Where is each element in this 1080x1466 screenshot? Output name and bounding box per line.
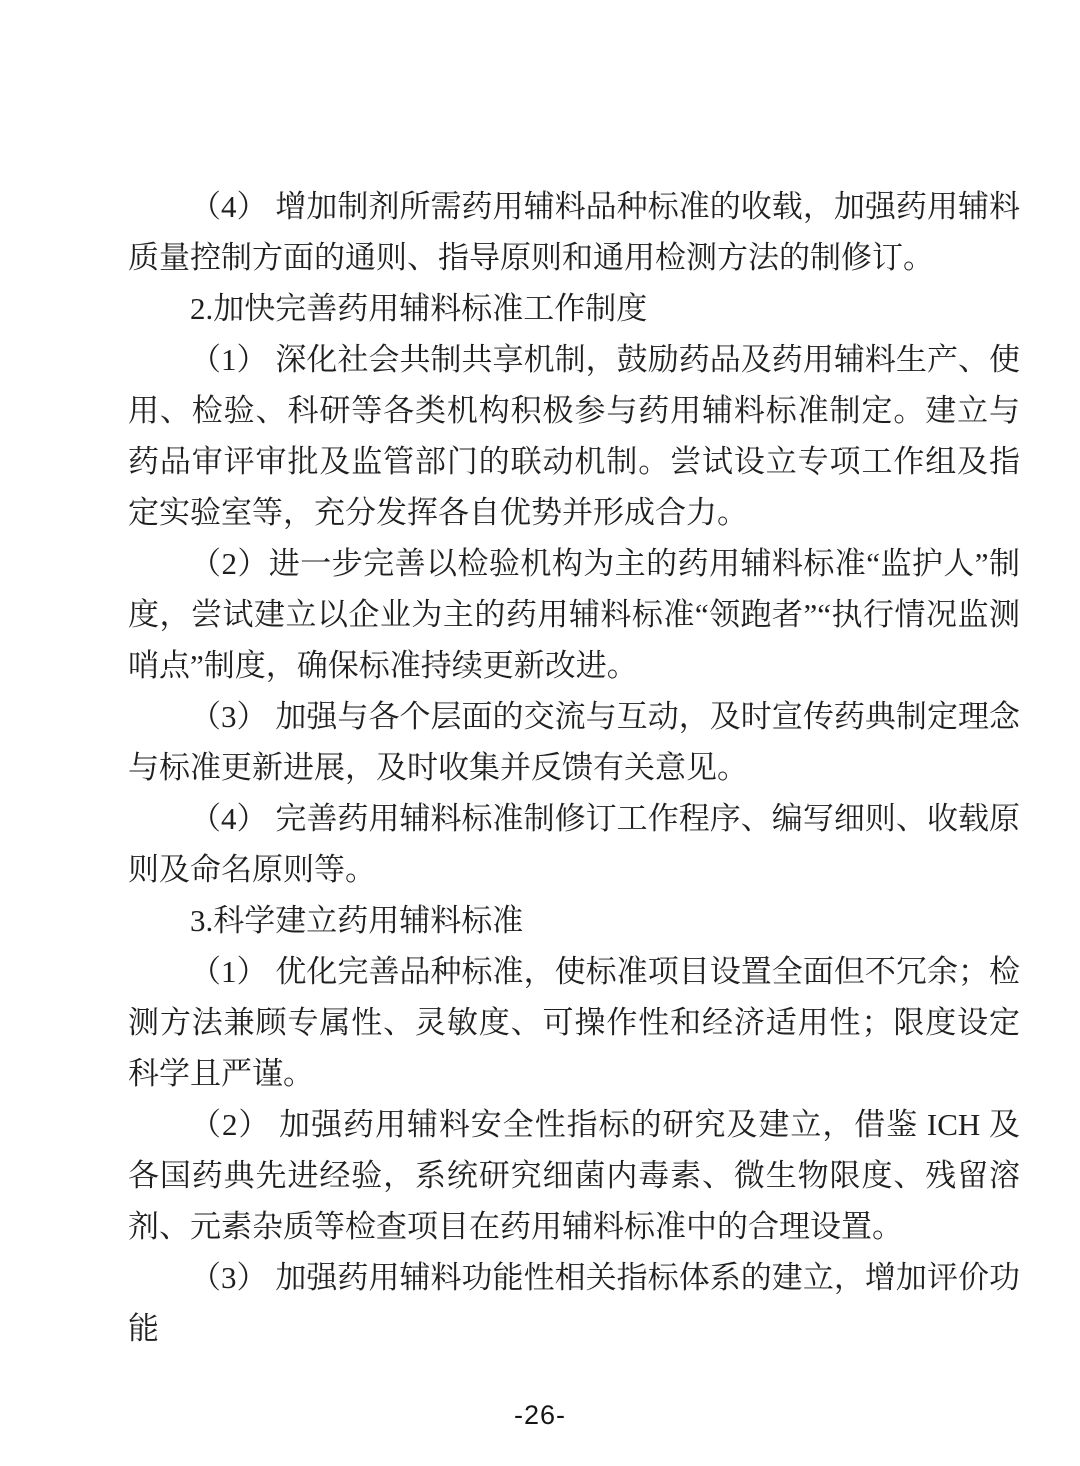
paragraph-item-3-functionality-indicators: （3） 加强药用辅料功能性相关指标体系的建立，增加评价功能 <box>128 1252 1020 1354</box>
paragraph-item-2-safety-indicators: （2） 加强药用辅料安全性指标的研究及建立，借鉴 ICH 及各国药典先进经验，系… <box>128 1099 1020 1252</box>
paragraph-item-4-excipient-standards: （4） 增加制剂所需药用辅料品种标准的收载，加强药用辅料质量控制方面的通则、指导… <box>128 181 1020 283</box>
document-page: （4） 增加制剂所需药用辅料品种标准的收载，加强药用辅料质量控制方面的通则、指导… <box>0 0 1080 1466</box>
document-body: （4） 增加制剂所需药用辅料品种标准的收载，加强药用辅料质量控制方面的通则、指导… <box>128 181 1020 1354</box>
paragraph-item-4-revision-procedures: （4） 完善药用辅料标准制修订工作程序、编写细则、收载原则及命名原则等。 <box>128 793 1020 895</box>
paragraph-item-2-guardian-system: （2）进一步完善以检验机构为主的药用辅料标准“监护人”制度，尝试建立以企业为主的… <box>128 538 1020 691</box>
paragraph-item-1-shared-mechanism: （1） 深化社会共制共享机制，鼓励药品及药用辅料生产、使用、检验、科研等各类机构… <box>128 334 1020 538</box>
paragraph-item-1-variety-standards: （1） 优化完善品种标准，使标准项目设置全面但不冗余；检测方法兼顾专属性、灵敏度… <box>128 946 1020 1099</box>
section-heading-3: 3.科学建立药用辅料标准 <box>128 895 1020 946</box>
paragraph-item-3-communication: （3） 加强与各个层面的交流与互动，及时宣传药典制定理念与标准更新进展，及时收集… <box>128 691 1020 793</box>
page-number: -26- <box>0 1400 1080 1431</box>
section-heading-2: 2.加快完善药用辅料标准工作制度 <box>128 283 1020 334</box>
